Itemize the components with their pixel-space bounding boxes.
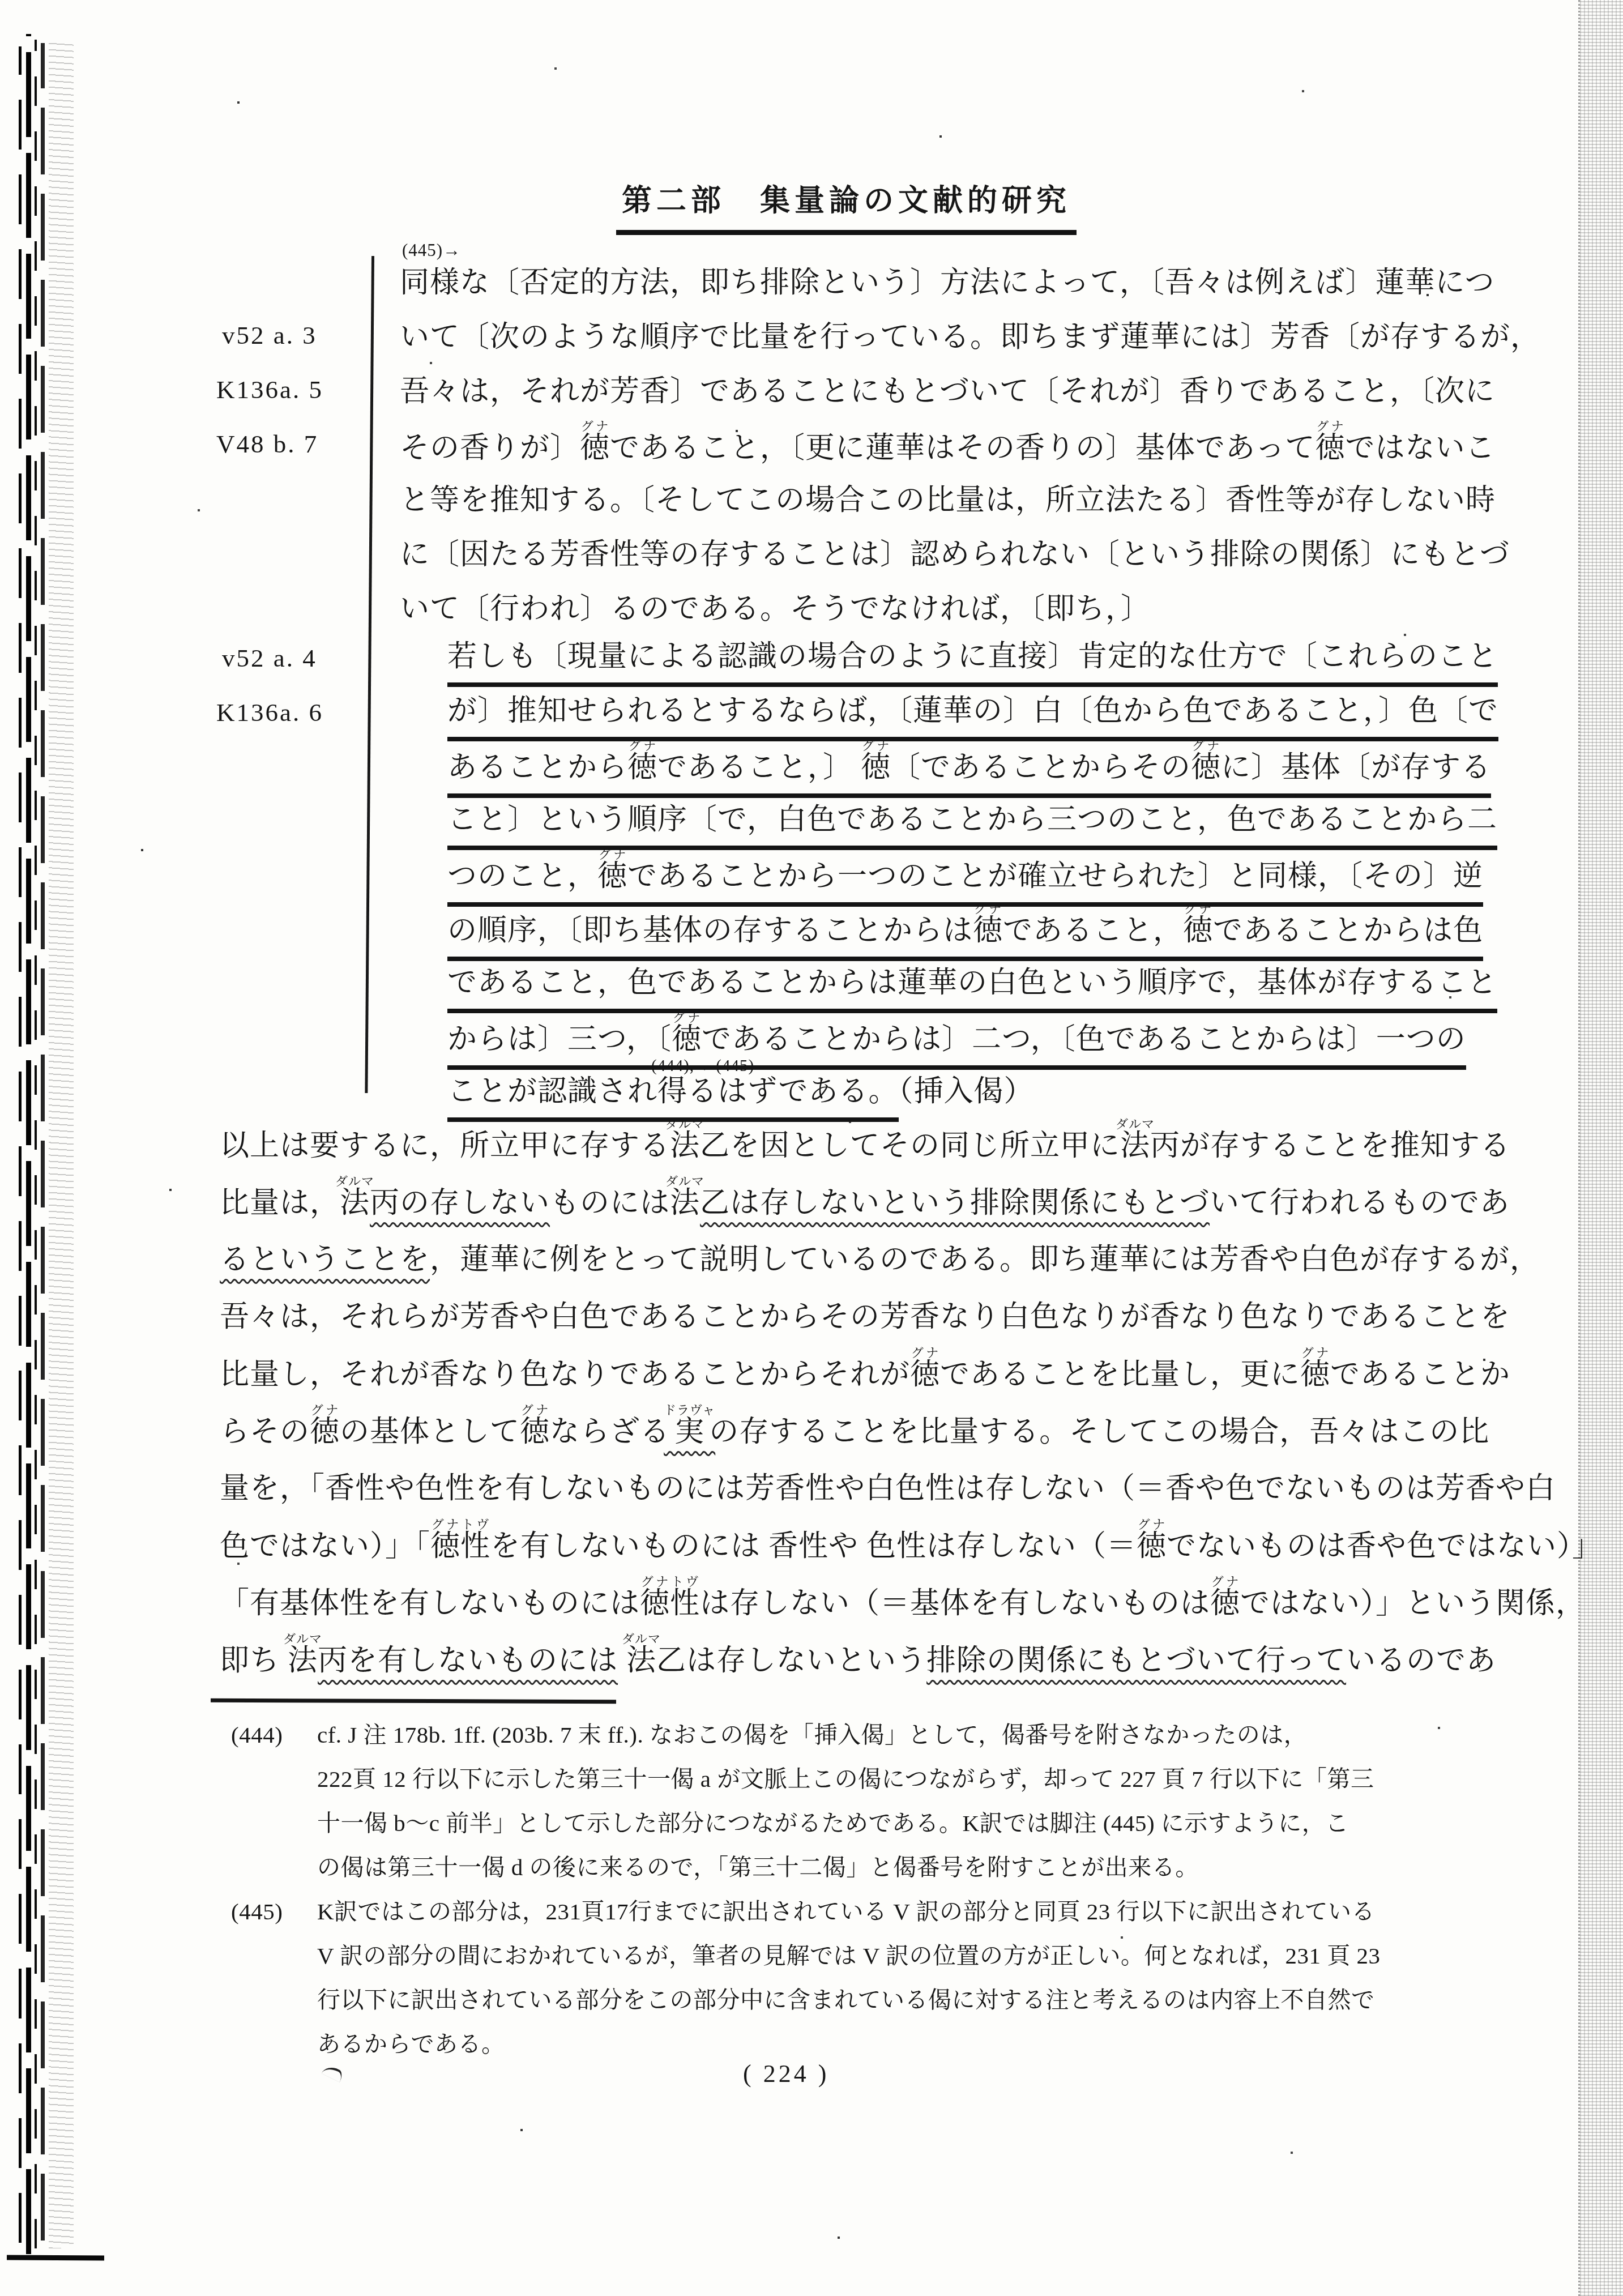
text-segment: であることか (1330, 1359, 1510, 1391)
text-segment: と等を推知する。〔そしてこの場合この比量は，所立法たる〕香性等が存しない時 (400, 484, 1496, 517)
text-segment: は存しない（＝基体を有しないものは (700, 1587, 1210, 1620)
section-title: 第二部 集量論の文献的研究 (616, 177, 1077, 235)
text-line: 若しも〔現量による認識の場合のように直接〕肯定的な仕方で〔これらのこと (447, 630, 1501, 684)
binding-streak (19, 46, 22, 2243)
ruby-annotated-text: 実ドラヴャ (670, 1416, 709, 1448)
text-segment: 即ち (220, 1645, 288, 1677)
ruby-annotated-text: 徳グナ (1137, 1530, 1167, 1563)
text-segment: いて行われるものであ (1210, 1187, 1510, 1219)
text-line: 即ち 法ダルマ丙を有しないものには 法ダルマ乙は存しないという排除の関係にもとづ… (220, 1632, 1539, 1689)
margin-siglum-v52a4: v52 a. 4 (222, 643, 317, 673)
text-segment: 色ではない）」「 (220, 1530, 430, 1563)
text-line: の順序，〔即ち基体の存することからは徳グナであること，徳グナであることからは色 (447, 902, 1501, 956)
text-line: らその徳グナの基体として徳グナならざる実ドラヴャの存することを比量する。そしてこ… (220, 1403, 1539, 1460)
text-segment: 乙は存しないという排除関係にもとづ (700, 1187, 1210, 1219)
text-segment: 量を，「香性や色性を有しないものには芳香性や白色性は存しない（＝香や色でないもの… (220, 1473, 1556, 1505)
text-segment: その香りが〕 (400, 432, 580, 464)
page-number: ( 224 ) (743, 2059, 829, 2088)
ruby-annotated-text: 徳グナ (1191, 752, 1221, 798)
text-line: 量を，「香性や色性を有しないものには芳香性や白色性は存しない（＝香や色でないもの… (220, 1460, 1539, 1517)
text-segment: であること， (1003, 915, 1183, 961)
text-segment: 〔であることからその (891, 752, 1191, 798)
text-segment: こと〕という順序〔で，白色であることから三つのこと，色であることから二 (447, 804, 1497, 850)
text-segment: 同様な〔否定的方法，即ち排除という〕方法によって，〔吾々は例えば〕蓮華につ (400, 267, 1494, 299)
text-segment: であることからは色 (1213, 915, 1483, 961)
text-line: からは〕三つ，〔徳グナであることからは〕二つ，〔色であることからは〕一つの (447, 1010, 1501, 1065)
ruby-annotated-text: 法ダルマ (1120, 1130, 1150, 1162)
text-segment: の基体として (340, 1416, 520, 1448)
ruby-annotated-text: 法ダルマ (340, 1187, 370, 1219)
text-line: その香りが〕徳グナであること，〔更に蓮華はその香りの〕基体であって徳グナではない… (400, 419, 1527, 473)
footnote-line: (445)K訳ではこの部分は，231頁17行までに訳出されている V 訳の部分と… (231, 1889, 1380, 1934)
binding-streak (41, 43, 45, 2240)
text-segment: 丙を有しないものには (318, 1645, 618, 1677)
text-line: ことが認識され得るはずである。（挿入偈） (447, 1065, 1501, 1119)
text-segment: 乙を因としてその同じ所立甲に (700, 1130, 1120, 1162)
text-segment: （挿入偈） (899, 1076, 1034, 1108)
text-segment: 丙が存することを推知する (1150, 1130, 1510, 1162)
text-segment: ことが認識され得るはずである。 (447, 1076, 899, 1122)
ruby-annotated-text: 法ダルマ (626, 1645, 656, 1677)
ruby-annotated-text: 徳グナ (1300, 1359, 1330, 1391)
footnote-label: (445) (231, 1889, 317, 1934)
text-segment: 比量は， (220, 1187, 340, 1219)
text-segment: の存することを比量する。そしてこの場合，吾々はこの比 (709, 1416, 1489, 1448)
text-line: と等を推知する。〔そしてこの場合この比量は，所立法たる〕香性等が存しない時 (400, 473, 1527, 528)
scan-speckles (0, 0, 1, 1)
ruby-annotated-text: 徳グナ (520, 1416, 550, 1448)
text-segment: あることから (447, 752, 627, 798)
text-line: 同様な〔否定的方法，即ち排除という〕方法によって，〔吾々は例えば〕蓮華につ (400, 256, 1527, 310)
ruby-annotated-text: 徳グナ (597, 860, 627, 907)
footnote-label: (444) (231, 1713, 317, 1757)
ruby-annotated-text: 徳グナ (861, 752, 891, 798)
text-segment: 吾々は，それらが芳香や白色であることからその芳香なり白色なりが香なり色なりである… (220, 1301, 1510, 1333)
text-line: に〔因たる芳香性等の存することは〕認められない〔という排除の関係〕にもとづ (400, 528, 1527, 582)
stray-pen-mark (321, 2063, 344, 2082)
footnote-separator-rule (211, 1698, 616, 1704)
ruby-annotated-text: 徳グナ (310, 1416, 340, 1448)
margin-siglum-k136a6: K136a. 6 (216, 698, 323, 727)
text-segment: 若しも〔現量による認識の場合のように直接〕肯定的な仕方で〔これらのこと (447, 641, 1498, 687)
text-segment: ，蓮華に例をとって説明しているのである。即ち蓮華には芳香や白色が存するが， (430, 1244, 1540, 1276)
text-line: いて〔次のような順序で比量を行っている。即ちまず蓮華には〕芳香〔が存するが， (400, 310, 1527, 365)
footnote-line: 行以下に訳出されている部分をこの部分中に含まれている偈に対する注と考えるのは内容… (231, 1978, 1380, 2022)
text-line: 比量し，それが香なり色なりであることからそれが徳グナであることを比量し，更に徳グ… (220, 1346, 1539, 1403)
text-line: あることから徳グナであること，〕 徳グナ〔であることからその徳グナに〕基体〔が存… (447, 739, 1501, 793)
text-line: 色ではない）」「徳性グナトヴを有しないものには 香性や 色性は存しない（＝徳グナ… (220, 1517, 1539, 1574)
footnote-line: V 訳の部分の間におかれているが，筆者の見解では V 訳の位置の方が正しい。何と… (231, 1934, 1380, 1978)
scanned-book-page: 第二部 集量論の文献的研究 v52 a. 3 K136a. 5 V48 b. 7… (0, 0, 1623, 2296)
text-segment: でないものは香や色ではない）」 (1167, 1530, 1602, 1563)
ruby-annotated-text: 徳グナ (973, 915, 1003, 961)
ruby-annotated-text: 法ダルマ (670, 1187, 700, 1219)
text-segment: いて〔次のような順序で比量を行っている。即ちまず蓮華には〕芳香〔が存するが， (400, 321, 1540, 353)
text-line: こと〕という順序〔で，白色であることから三つのこと，色であることから二 (447, 793, 1501, 847)
verse-quotation: 若しも〔現量による認識の場合のように直接〕肯定的な仕方で〔これらのことが〕推知せ… (447, 630, 1501, 1119)
ruby-annotated-text: 徳グナ (672, 1023, 702, 1070)
ruby-annotated-text: 徳グナ (1183, 915, 1213, 961)
text-segment: を有しないものには 香性や 色性は存しない（＝ (490, 1530, 1137, 1563)
text-line: 吾々は，それらが芳香や白色であることからその芳香なり白色なりが香なり色なりである… (220, 1288, 1539, 1346)
margin-siglum-v48b7: V48 b. 7 (216, 429, 318, 459)
text-segment: の順序，〔即ち基体の存することからは (447, 915, 973, 961)
margin-siglum-v52a3: v52 a. 3 (222, 321, 317, 350)
text-segment: 排除の関係にもとづいて行って (926, 1645, 1346, 1677)
ruby-annotated-text: 徳グナ (627, 752, 657, 798)
text-line: 比量は，法ダルマ丙の存しないものには法ダルマ乙は存しないという排除関係にもとづい… (220, 1174, 1539, 1231)
text-segment: 乙は存しないという (656, 1645, 926, 1677)
translation-vertical-rule (365, 256, 374, 1093)
text-segment: 以上は要するに，所立甲に存する (220, 1130, 670, 1162)
text-segment: いて〔行われ〕るのである。そうでなければ，〔即ち，〕 (400, 593, 1151, 625)
text-segment: からは〕三つ，〔 (447, 1023, 672, 1070)
binding-streak (35, 40, 37, 2248)
ruby-annotated-text: 徳性グナトヴ (430, 1530, 490, 1563)
text-line: であること，色であることからは蓮華の白色という順序で，基体が存すること (447, 956, 1501, 1010)
translation-paragraph: 同様な〔否定的方法，即ち排除という〕方法によって，〔吾々は例えば〕蓮華について〔… (400, 256, 1527, 637)
ruby-annotated-text: 法ダルマ (670, 1130, 700, 1162)
text-segment: であることから一つのことが確立せられた〕と同様，〔その〕逆 (627, 860, 1483, 907)
text-segment: 吾々は，それが芳香〕であることにもとづいて〔それが〕香りであること，〔次に (400, 375, 1495, 408)
text-segment: であること，〔更に蓮華はその香りの〕基体であって (610, 432, 1315, 464)
footnote-line: (444)cf. J 注 178b. 1ff. (203b. 7 末 ff.).… (231, 1713, 1380, 1757)
text-segment: 比量し，それが香なり色なりであることからそれが (220, 1359, 910, 1391)
binding-speckle (49, 40, 74, 2248)
text-segment: るということを (220, 1244, 430, 1276)
text-segment: であること，色であることからは蓮華の白色という順序で，基体が存すること (447, 967, 1497, 1013)
text-segment: 「有基体性を有しないものには (220, 1587, 640, 1620)
text-segment: であることからは〕二つ，〔色であることからは〕一つの (702, 1023, 1466, 1070)
binding-streak (26, 34, 31, 2254)
ruby-annotated-text: 徳グナ (910, 1359, 940, 1391)
margin-siglum-k136a5: K136a. 5 (216, 375, 323, 404)
scan-edge-noise (1578, 0, 1623, 2296)
text-line: 吾々は，それが芳香〕であることにもとづいて〔それが〕香りであること，〔次に (400, 365, 1527, 419)
text-segment: ものには (550, 1187, 670, 1219)
text-segment: つのこと， (447, 860, 597, 907)
footnote-line: 十一偈 b～c 前半」として示した部分につながるためである。K訳では脚注 (44… (231, 1801, 1380, 1845)
footnote-line: の偈は第三十一偈 d の後に来るので，「第三十二偈」と偈番号を附すことが出来る。 (231, 1845, 1380, 1889)
text-line: 以上は要するに，所立甲に存する法ダルマ乙を因としてその同じ所立甲に法ダルマ丙が存… (220, 1117, 1539, 1174)
scan-artifact-bar (7, 2255, 104, 2261)
footnotes-block: (444)cf. J 注 178b. 1ff. (203b. 7 末 ff.).… (231, 1713, 1380, 2066)
text-segment: いるのであ (1346, 1645, 1496, 1677)
text-segment: が〕推知せられるとするならば，〔蓮華の〕白〔色から色であること，〕色〔で (447, 695, 1498, 741)
ruby-annotated-text: 徳グナ (1210, 1587, 1240, 1620)
text-segment: らその (220, 1416, 310, 1448)
text-line: いて〔行われ〕るのである。そうでなければ，〔即ち，〕 (400, 582, 1527, 637)
ruby-annotated-text: 徳グナ (1316, 432, 1346, 464)
ruby-annotated-text: 法ダルマ (288, 1645, 318, 1677)
text-segment: ではない）」という関係， (1240, 1587, 1586, 1620)
text-segment: ではないこ (1346, 432, 1496, 464)
text-segment: に〔因たる芳香性等の存することは〕認められない〔という排除の関係〕にもとづ (400, 539, 1510, 571)
text-line: るということを，蓮華に例をとって説明しているのである。即ち蓮華には芳香や白色が存… (220, 1231, 1539, 1288)
text-segment: ならざる (550, 1416, 670, 1448)
text-segment: に〕基体〔が存する (1221, 752, 1491, 798)
text-line: つのこと，徳グナであることから一つのことが確立せられた〕と同様，〔その〕逆 (447, 847, 1501, 902)
ruby-annotated-text: 徳グナ (580, 432, 610, 464)
text-segment: 丙の存しない (370, 1187, 550, 1219)
text-segment: であること，〕 (657, 752, 861, 798)
text-line: 「有基体性を有しないものには徳性グナトヴは存しない（＝基体を有しないものは徳グナ… (220, 1574, 1539, 1632)
text-line: が〕推知せられるとするならば，〔蓮華の〕白〔色から色であること，〕色〔で (447, 684, 1501, 739)
ruby-annotated-text: 徳性グナトヴ (640, 1587, 700, 1620)
commentary-paragraph: 以上は要するに，所立甲に存する法ダルマ乙を因としてその同じ所立甲に法ダルマ丙が存… (220, 1117, 1539, 1689)
footnote-line: 222頁 12 行以下に示した第三十一偈 a が文脈上この偈につながらず，却って… (231, 1757, 1380, 1801)
text-segment: であることを比量し，更に (940, 1359, 1300, 1391)
